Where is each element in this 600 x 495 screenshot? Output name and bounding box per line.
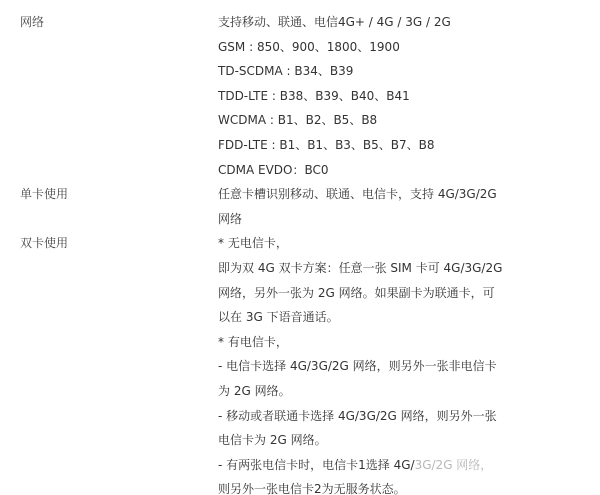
dual-sim-line-faded-tail: 3G/2G 网络， <box>415 458 493 472</box>
spec-values-dual-sim: * 无电信卡， 即为双 4G 双卡方案：任意一张 SIM 卡可 4G/3G/2G… <box>218 231 600 495</box>
spec-label-single-sim: 单卡使用 <box>0 182 218 231</box>
network-line: CDMA EVDO：BC0 <box>218 158 600 183</box>
dual-sim-line: * 无电信卡， <box>218 231 600 256</box>
spec-row-dual-sim: 双卡使用 * 无电信卡， 即为双 4G 双卡方案：任意一张 SIM 卡可 4G/… <box>0 231 600 495</box>
single-sim-line: 网络 <box>218 207 600 232</box>
dual-sim-line: 即为双 4G 双卡方案：任意一张 SIM 卡可 4G/3G/2G <box>218 256 600 281</box>
dual-sim-line: * 有电信卡， <box>218 330 600 355</box>
network-line: TD-SCDMA : B34、B39 <box>218 59 600 84</box>
single-sim-line: 任意卡槽识别移动、联通、电信卡，支持 4G/3G/2G <box>218 182 600 207</box>
spec-row-single-sim: 单卡使用 任意卡槽识别移动、联通、电信卡，支持 4G/3G/2G 网络 <box>0 182 600 231</box>
network-line: GSM : 850、900、1800、1900 <box>218 35 600 60</box>
spec-row-network: 网络 支持移动、联通、电信4G+ / 4G / 3G / 2G GSM : 85… <box>0 0 600 182</box>
spec-values-network: 支持移动、联通、电信4G+ / 4G / 3G / 2G GSM : 850、9… <box>218 10 600 182</box>
network-line: 支持移动、联通、电信4G+ / 4G / 3G / 2G <box>218 10 600 35</box>
network-line: WCDMA : B1、B2、B5、B8 <box>218 108 600 133</box>
dual-sim-line-partial: - 有两张电信卡时，电信卡1选择 4G/3G/2G 网络， <box>218 453 600 478</box>
dual-sim-line: 电信卡为 2G 网络。 <box>218 428 600 453</box>
network-line: FDD-LTE : B1、B1、B3、B5、B7、B8 <box>218 133 600 158</box>
dual-sim-line: - 电信卡选择 4G/3G/2G 网络，则另外一张非电信卡 <box>218 354 600 379</box>
spec-table: 网络 支持移动、联通、电信4G+ / 4G / 3G / 2G GSM : 85… <box>0 0 600 495</box>
dual-sim-line: 以在 3G 下语音通话。 <box>218 305 600 330</box>
dual-sim-line: 网络，另外一张为 2G 网络。如果副卡为联通卡，可 <box>218 281 600 306</box>
spec-label-dual-sim: 双卡使用 <box>0 231 218 495</box>
dual-sim-line: 为 2G 网络。 <box>218 379 600 404</box>
dual-sim-line-head: - 有两张电信卡时，电信卡1选择 4G/ <box>218 458 415 472</box>
dual-sim-line: - 移动或者联通卡选择 4G/3G/2G 网络，则另外一张 <box>218 404 600 429</box>
spec-label-network: 网络 <box>0 10 218 182</box>
spec-values-single-sim: 任意卡槽识别移动、联通、电信卡，支持 4G/3G/2G 网络 <box>218 182 600 231</box>
dual-sim-line: 则另外一张电信卡2为无服务状态。 <box>218 477 600 495</box>
network-line: TDD-LTE : B38、B39、B40、B41 <box>218 84 600 109</box>
